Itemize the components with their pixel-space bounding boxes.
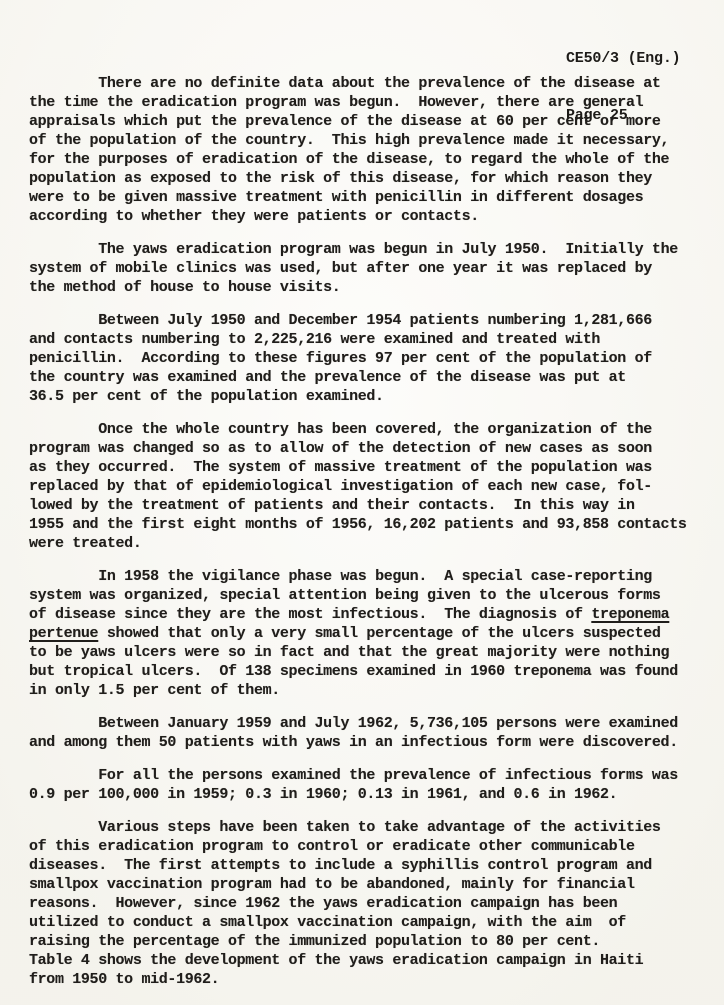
paragraph: For all the persons examined the prevale… xyxy=(29,766,723,804)
paragraph: There are no definite data about the pre… xyxy=(29,74,723,226)
paragraph-text: In 1958 the vigilance phase was begun. A… xyxy=(29,568,661,623)
paragraph-text: Various steps have been taken to take ad… xyxy=(29,819,661,988)
paragraph-text: The yaws eradication program was begun i… xyxy=(29,241,678,296)
paragraph-text: There are no definite data about the pre… xyxy=(29,75,669,225)
paragraph: In 1958 the vigilance phase was begun. A… xyxy=(29,567,723,700)
underlined-term: treponema xyxy=(591,606,669,623)
paragraph-text: For all the persons examined the prevale… xyxy=(29,767,678,803)
underlined-term: pertenue xyxy=(29,625,98,642)
paragraph: Various steps have been taken to take ad… xyxy=(29,818,723,989)
paragraph: The yaws eradication program was begun i… xyxy=(29,240,723,297)
paragraph-text: Once the whole country has been covered,… xyxy=(29,421,687,552)
document-code: CE50/3 (Eng.) xyxy=(566,49,680,68)
paragraph-text: showed that only a very small percentage… xyxy=(29,625,678,699)
paragraph-text: Between July 1950 and December 1954 pati… xyxy=(29,312,652,405)
paragraph: Once the whole country has been covered,… xyxy=(29,420,723,553)
paragraph-text: Between January 1959 and July 1962, 5,73… xyxy=(29,715,678,751)
paragraph: Between July 1950 and December 1954 pati… xyxy=(29,311,723,406)
document-paragraphs: There are no definite data about the pre… xyxy=(29,74,723,1003)
paragraph: Between January 1959 and July 1962, 5,73… xyxy=(29,714,723,752)
